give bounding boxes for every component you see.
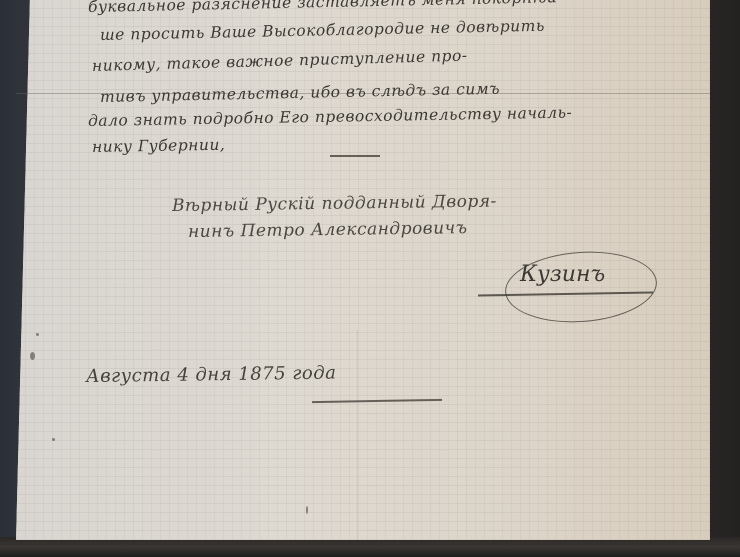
ink-spot: [52, 438, 55, 441]
paper-crease: [355, 330, 358, 540]
body-line-6: нику Губернии,: [92, 136, 226, 156]
ink-spot: [36, 333, 39, 336]
signature-line-2: нинъ Петро Александровичъ: [188, 218, 468, 242]
ink-spot: [30, 352, 35, 360]
date-line: Августа 4 дня 1875 года: [86, 363, 337, 387]
closing-underline: [330, 155, 380, 157]
bottom-frame-shadow: [0, 537, 740, 557]
ink-spot: [306, 506, 308, 514]
autograph-text: Кузинъ: [520, 262, 605, 287]
